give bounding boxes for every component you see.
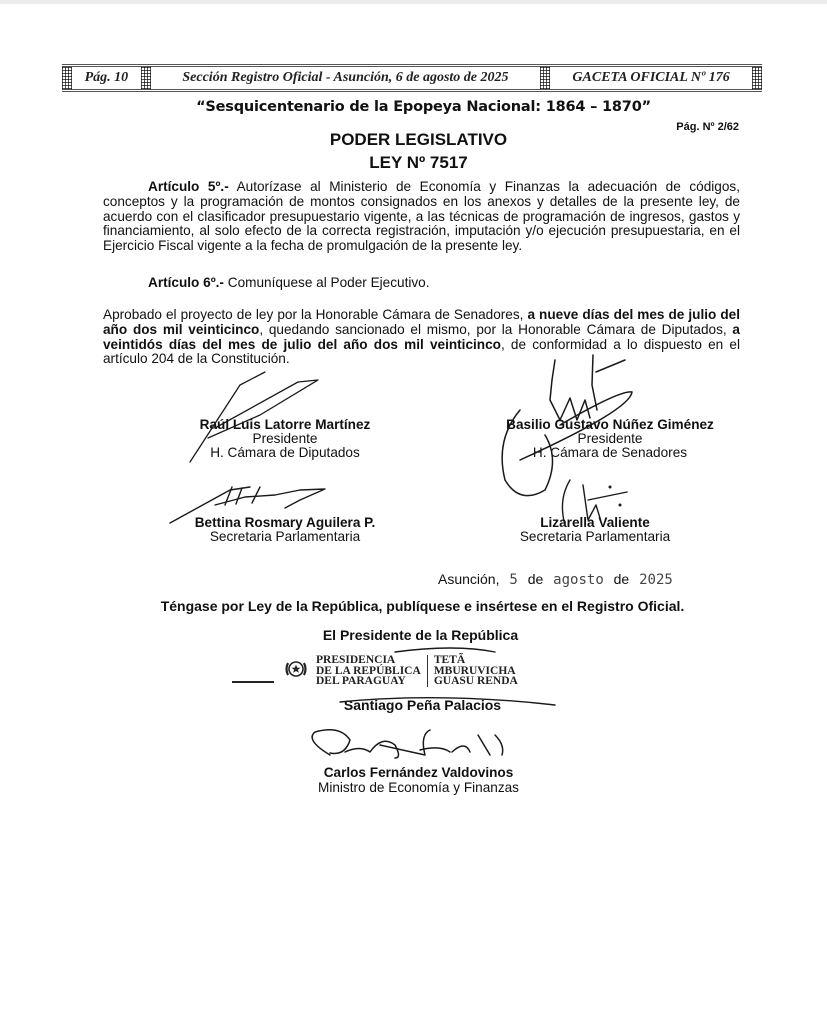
header-ornament (752, 67, 762, 89)
header-ornament (540, 67, 550, 89)
promulgation-text: Téngase por Ley de la República, publíqu… (0, 598, 827, 614)
gazette-header: Pág. 10 Sección Registro Oficial - Asunc… (62, 64, 762, 92)
signatory-name: Raúl Luis Latorre Martínez (140, 418, 430, 432)
handwritten-month: agosto (553, 572, 604, 588)
article-text: Comuníquese al Poder Ejecutivo. (228, 275, 430, 290)
minister-role: Ministro de Economía y Finanzas (10, 780, 827, 795)
signature-block-deputies-president: Raúl Luis Latorre Martínez Presidente H.… (140, 418, 430, 460)
star-seal-icon (284, 657, 308, 681)
logo-line: PRESIDENCIA (316, 655, 421, 666)
signatory-name: Basilio Gustavo Núñez Giménez (475, 418, 745, 432)
place-city: Asunción, (438, 571, 499, 587)
connector: de (614, 571, 630, 587)
logo-line: TETÃ (434, 655, 518, 666)
signatory-role: Secretaria Parlamentaria (480, 530, 710, 544)
signature-stroke (232, 681, 274, 683)
signature-block-senate-president: Basilio Gustavo Núñez Giménez Presidente… (475, 418, 745, 460)
logo-guarani-text: TETÃ MBURUVICHA GUASU RENDA (434, 655, 518, 687)
minister-name: Carlos Fernández Valdovinos (10, 765, 827, 780)
place-date: Asunción, 5 de agosto de 2025 (438, 571, 679, 588)
presidency-logo: PRESIDENCIA DE LA REPÚBLICA DEL PARAGUAY… (284, 655, 518, 687)
header-ornament (141, 67, 151, 89)
signature-fernandez-icon (312, 730, 503, 758)
gazette-issue: GACETA OFICIAL Nº 176 (550, 67, 752, 89)
president-name: Santiago Peña Palacios (0, 697, 827, 713)
article-5: Artículo 5º.- Autorízase al Ministerio d… (103, 180, 740, 254)
signatory-body: H. Cámara de Senadores (475, 446, 745, 460)
header-ornament (62, 67, 72, 89)
article-label: Artículo 6º.- (148, 275, 224, 290)
logo-divider (427, 655, 428, 687)
article-6: Artículo 6º.- Comuníquese al Poder Ejecu… (103, 276, 740, 291)
handwritten-year: 2025 (639, 572, 673, 588)
approval-paragraph: Aprobado el proyecto de ley por la Honor… (103, 308, 740, 367)
article-label: Artículo 5º.- (148, 179, 229, 194)
signatory-role: Presidente (475, 432, 745, 446)
approval-text: Aprobado el proyecto de ley por la Honor… (103, 307, 527, 322)
signatory-name: Bettina Rosmary Aguilera P. (150, 516, 420, 530)
signatory-name: Lizarella Valiente (480, 516, 710, 530)
logo-line: GUASU RENDA (434, 676, 518, 687)
approval-text: , quedando sancionado el mismo, por la H… (259, 322, 732, 337)
minister-signature-block: Carlos Fernández Valdovinos Ministro de … (0, 765, 827, 795)
signatory-role: Presidente (140, 432, 430, 446)
logo-line: DEL PARAGUAY (316, 676, 421, 687)
signature-block-senate-secretary: Lizarella Valiente Secretaria Parlamenta… (480, 516, 710, 544)
gazette-section: Sección Registro Oficial - Asunción, 6 d… (151, 67, 540, 89)
branch-title: PODER LEGISLATIVO (0, 130, 827, 150)
logo-spanish-text: PRESIDENCIA DE LA REPÚBLICA DEL PARAGUAY (316, 655, 421, 687)
signature-block-deputies-secretary: Bettina Rosmary Aguilera P. Secretaria P… (150, 516, 420, 544)
top-edge (0, 0, 827, 4)
signatory-role: Secretaria Parlamentaria (150, 530, 420, 544)
connector: de (528, 571, 544, 587)
handwritten-day: 5 (509, 572, 517, 588)
signatory-body: H. Cámara de Diputados (140, 446, 430, 460)
president-title: El Presidente de la República (0, 627, 827, 643)
motto: “Sesquicentenario de la Epopeya Nacional… (0, 99, 827, 115)
law-title: LEY Nº 7517 (0, 153, 827, 173)
gazette-page-number: Pág. 10 (72, 67, 141, 89)
